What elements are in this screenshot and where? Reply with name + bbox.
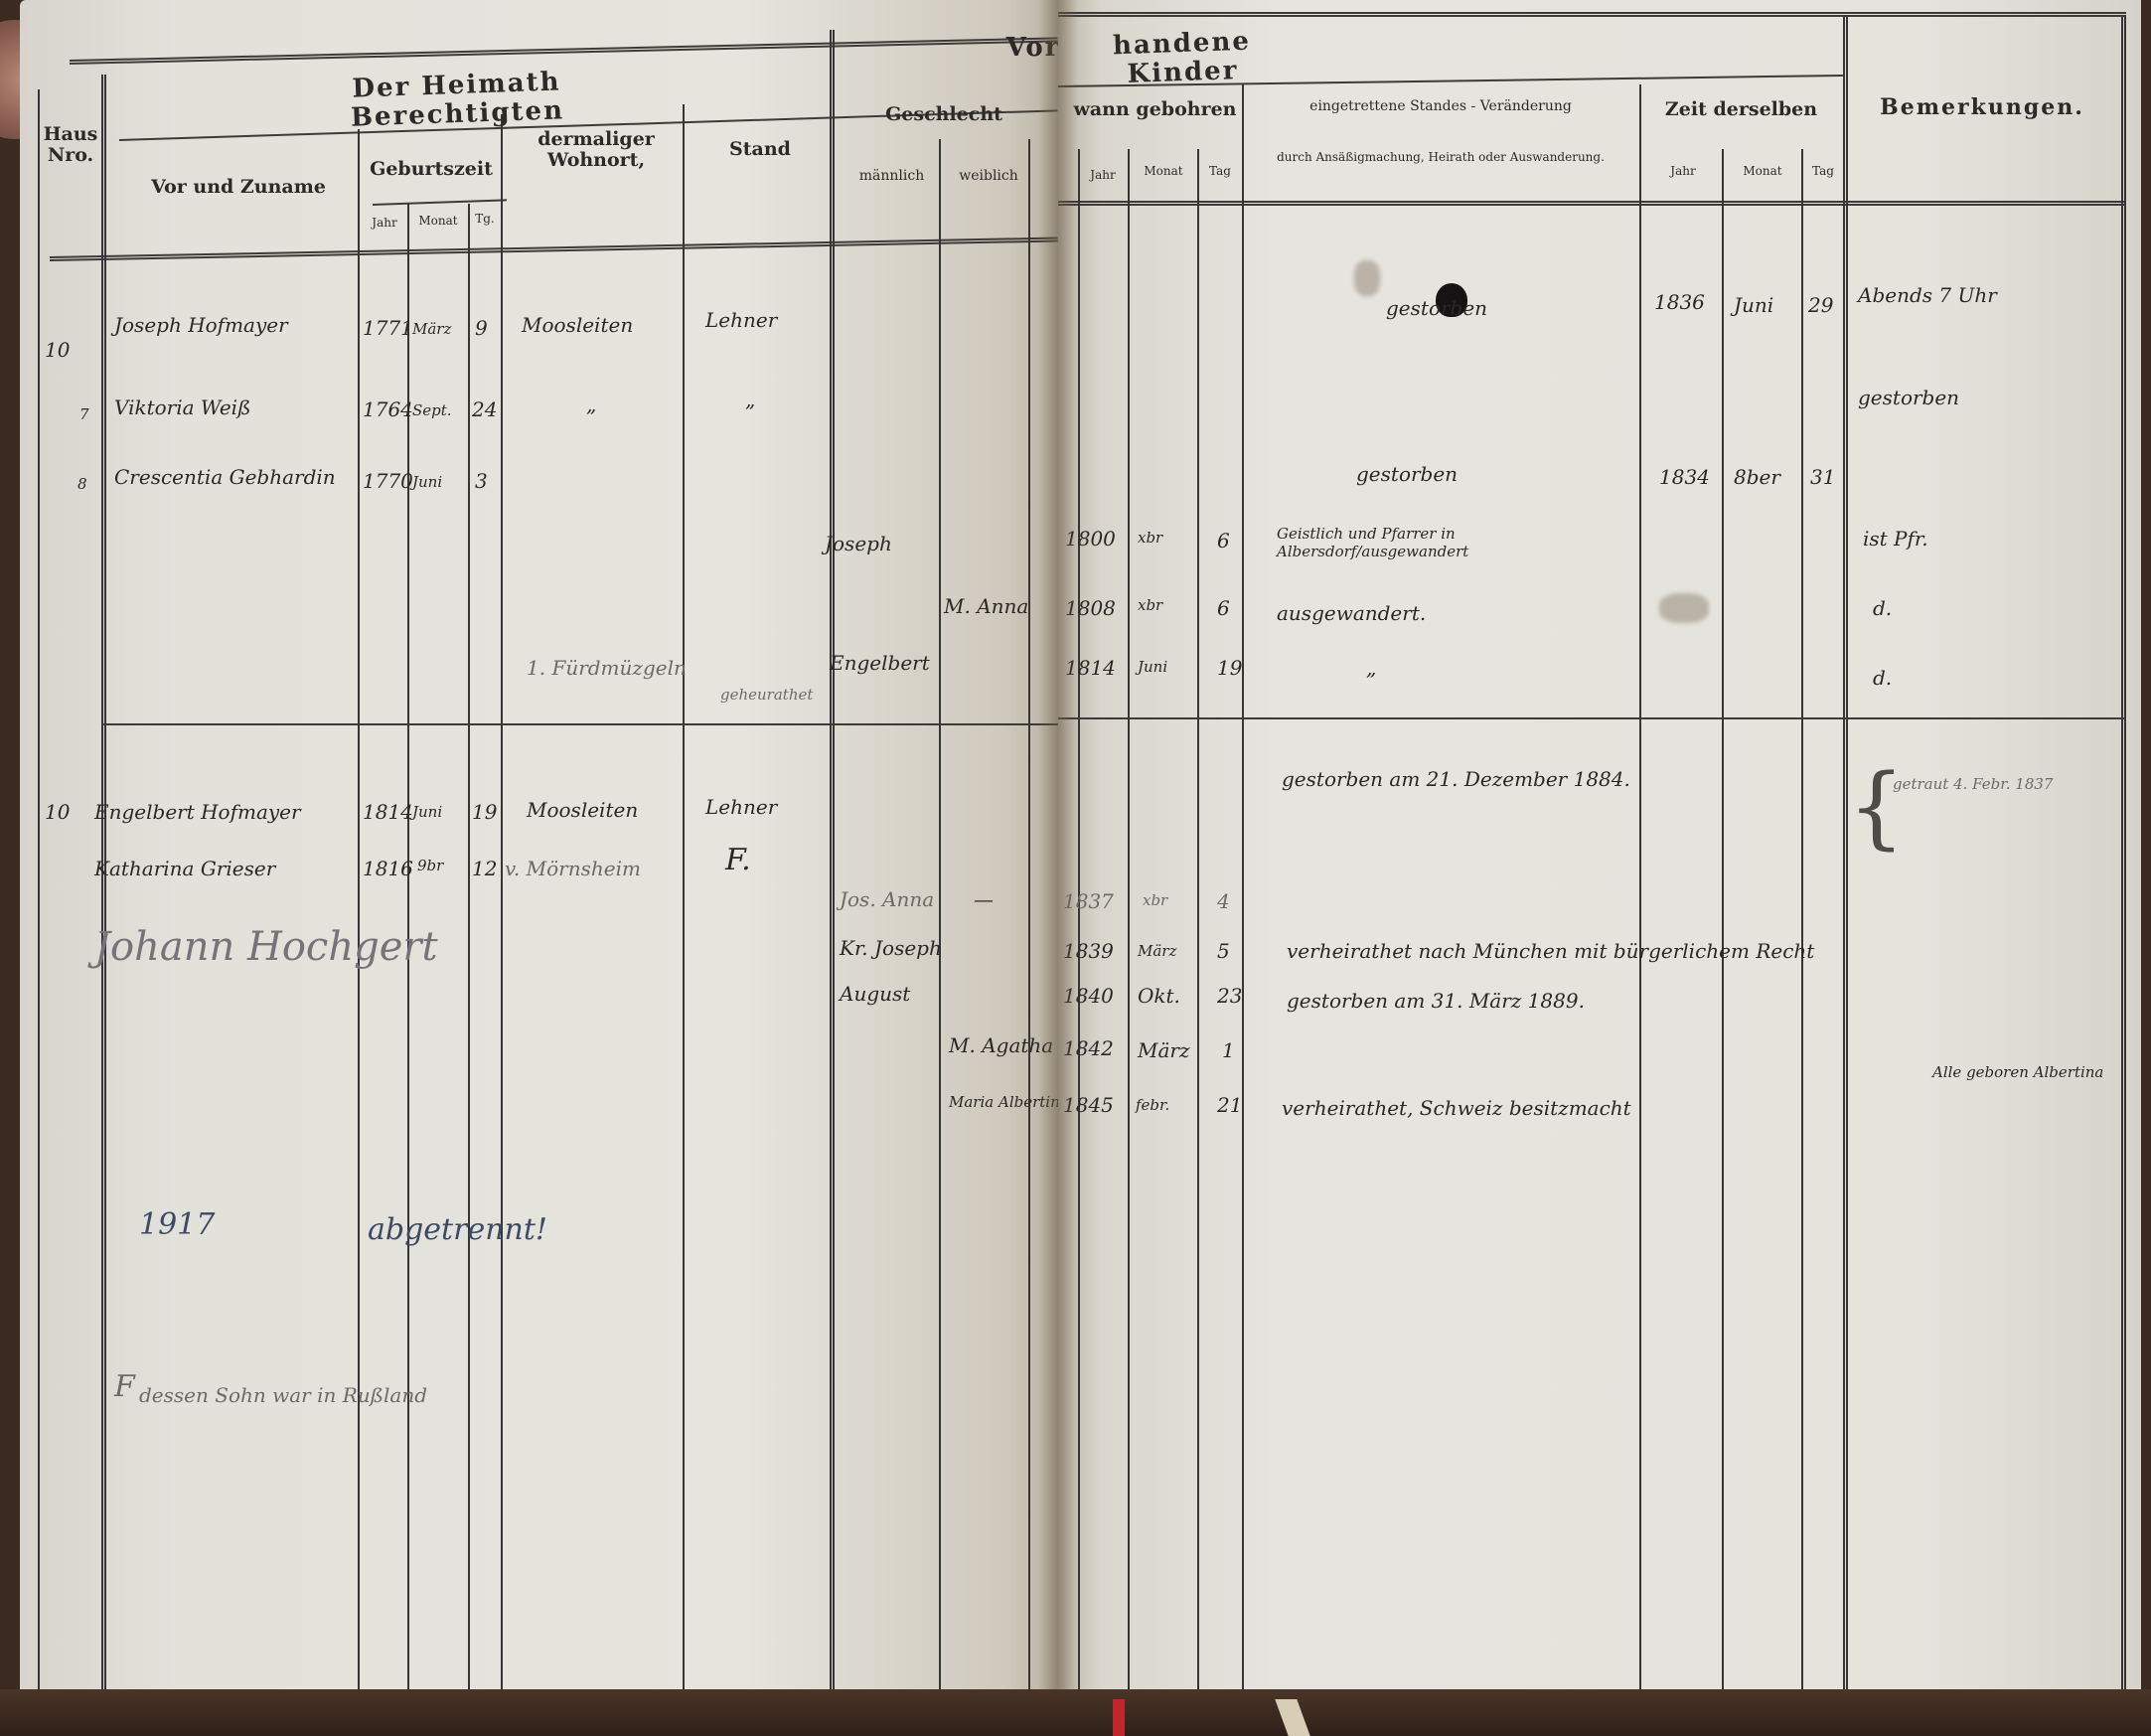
header-geb-jahr: Jahr (362, 217, 407, 230)
entry-name: Viktoria Weiß (114, 395, 250, 419)
header-weiblich: weiblich (944, 169, 1033, 184)
entry-wohnort: „ (586, 393, 596, 416)
entry-zeit-jahr: 1836 (1654, 290, 1705, 314)
child-weiblich: — (974, 887, 994, 911)
header-gebohren-tag: Tag (1199, 165, 1241, 178)
column-rule (501, 114, 503, 1689)
child-wohnort-note: 1. Fürdmüzgeln (527, 656, 687, 680)
entry-bemerkung: gestorben (1858, 386, 1959, 409)
entry-zeit-monat: Juni (1734, 293, 1773, 317)
child-tag: 23 (1217, 984, 1242, 1008)
entry-zeit-tag: 29 (1808, 293, 1833, 317)
entry-jahr: 1771 (363, 316, 413, 340)
header-zeit-tag: Tag (1803, 165, 1843, 178)
column-rule (358, 129, 360, 1689)
header-wann-gebohren: wann gebohren (1068, 99, 1242, 120)
column-rule (1028, 139, 1030, 1689)
child-maennlich: Engelbert (830, 651, 930, 675)
entry-monat: 9br (417, 857, 443, 874)
entry-tag: 9 (475, 316, 488, 340)
child-maennlich: August (840, 982, 910, 1006)
entry-zeit-monat: 8ber (1734, 465, 1780, 489)
header-zeit-jahr: Jahr (1644, 165, 1722, 178)
entry-tag: 3 (475, 469, 488, 493)
child-monat: febr. (1136, 1096, 1169, 1114)
header-gebohren-jahr: Jahr (1078, 169, 1128, 182)
entry-monat: März (412, 320, 451, 338)
header-veraenderung-sub: durch Ansäßigmachung, Heirath oder Auswa… (1267, 151, 1614, 164)
child-monat: März (1138, 942, 1176, 960)
entry-wohnort: v. Mörnsheim (505, 857, 641, 880)
ink-stain (1354, 260, 1380, 296)
entry-name: Katharina Grieser (94, 857, 275, 880)
child-veraenderung: gestorben am 31. März 1889. (1287, 989, 1585, 1013)
entry-veraenderung: gestorben am 21. Dezember 1884. (1282, 767, 1630, 791)
entry-jahr: 1770 (363, 469, 413, 493)
brace: { (1848, 755, 1905, 860)
header-zeit-monat: Monat (1724, 165, 1801, 178)
child-tag: 6 (1217, 529, 1230, 552)
entry-haus-nro: 8 (77, 475, 87, 493)
footnote-marker: F (114, 1369, 135, 1404)
child-veraenderung: verheirathet, Schweiz besitzmacht (1282, 1096, 1631, 1120)
column-rule (38, 89, 40, 1689)
header-zeit: Zeit derselben (1644, 99, 1838, 120)
child-tag: 19 (1217, 656, 1242, 680)
header-haus-nro: Haus Nro. (42, 124, 99, 166)
entry-tag: 12 (472, 857, 497, 880)
column-rule (939, 139, 941, 1689)
child-monat: xbr (1143, 891, 1167, 909)
entry-stand: Lehner (705, 308, 777, 332)
child-monat: Okt. (1138, 984, 1180, 1008)
column-rule (101, 75, 106, 1689)
child-bemerkung: d. (1873, 666, 1892, 690)
header-veraenderung: eingetrettene Standes - Veränderung (1247, 99, 1634, 114)
child-maennlich: Jos. Anna (840, 887, 934, 911)
header-geb-tag: Tg. (470, 213, 500, 226)
rule (373, 199, 507, 206)
column-rule (1242, 84, 1244, 1689)
child-monat: Juni (1138, 658, 1167, 676)
left-page: Der Heimath Berechtigten Haus Nro. Vor u… (20, 0, 1058, 1689)
bookmark-ribbon-red (1113, 1699, 1125, 1736)
header-geb-monat: Monat (409, 215, 467, 228)
entry-tag: 24 (472, 397, 497, 421)
child-monat: xbr (1138, 529, 1162, 547)
entry-zeit-tag: 31 (1810, 465, 1835, 489)
header-geschlecht: Geschlecht (845, 104, 1043, 125)
column-rule (1722, 149, 1724, 1689)
entry-veraenderung: gestorben (1386, 296, 1487, 320)
child-monat: März (1138, 1038, 1190, 1062)
footer-year: 1917 (139, 1207, 215, 1242)
child-tag: 5 (1217, 939, 1230, 963)
entry-veraenderung: gestorben (1356, 462, 1458, 486)
column-rule (1639, 84, 1641, 1689)
child-maennlich: Joseph (825, 532, 892, 555)
entry-bemerkung: getraut 4. Febr. 1837 (1893, 775, 2091, 793)
header-geburtszeit: Geburtszeit (362, 159, 501, 180)
entry-name: Engelbert Hofmayer (94, 800, 301, 824)
entry-haus-nro: 7 (79, 405, 89, 423)
entry-jahr: 1816 (363, 857, 413, 880)
entry-tag: 19 (472, 800, 497, 824)
child-veraenderung: Geistlich und Pfarrer in Albersdorf/ausg… (1277, 525, 1525, 560)
column-rule (1801, 149, 1803, 1689)
child-maennlich: Kr. Joseph (840, 936, 942, 960)
entry-wohnort: Moosleiten (527, 798, 638, 822)
entry-bemerkung: Abends 7 Uhr (1858, 283, 1997, 307)
entry-name: Crescentia Gebhardin (114, 465, 336, 489)
child-bemerkung: ist Pfr. (1863, 527, 1928, 551)
entry-separator (1058, 717, 2126, 719)
entry-jahr: 1764 (363, 397, 413, 421)
footer-note: abgetrennt! (368, 1212, 547, 1247)
entry-haus-nro: 10 (45, 338, 70, 362)
entry-monat: Sept. (412, 401, 452, 419)
stain (1659, 593, 1709, 623)
entry-haus-nro: 10 (45, 800, 70, 824)
entry-stand: „ (745, 388, 755, 411)
column-rule (1128, 149, 1130, 1689)
rule (1058, 201, 2126, 206)
column-rule (683, 104, 685, 1689)
child-weiblich: M. Anna (944, 594, 1028, 618)
header-wohnort: dermaliger Wohnort, (517, 129, 676, 171)
header-name: Vor und Zuname (119, 177, 358, 198)
entry-name: Joseph Hofmayer (114, 313, 288, 337)
entry-monat: Juni (412, 473, 442, 491)
entry-separator (101, 723, 1058, 725)
column-rule (830, 30, 835, 1689)
child-tag: 4 (1217, 889, 1230, 913)
child-monat: xbr (1138, 596, 1162, 614)
child-tag: 21 (1217, 1093, 1242, 1117)
header-stand: Stand (695, 139, 825, 160)
child-tag: 1 (1222, 1038, 1235, 1062)
entry-stand-footnote-mark: F. (725, 843, 751, 877)
child-veraenderung: ausgewandert. (1277, 601, 1426, 625)
header-bemerkungen: Bemerkungen. (1848, 95, 2116, 119)
book-gutter (1038, 0, 1078, 1689)
column-rule (1078, 149, 1080, 1689)
child-bemerkung: Alle geboren Albertina (1932, 1063, 2103, 1081)
column-rule (1197, 149, 1199, 1689)
footnote-text: dessen Sohn war in Rußland (139, 1383, 427, 1407)
header-maennlich: männlich (845, 169, 939, 184)
section-title-kinder: handene Kinder (1058, 26, 1307, 91)
header-gebohren-monat: Monat (1130, 165, 1197, 178)
rule (50, 237, 1058, 261)
entry-jahr: 1814 (363, 800, 413, 824)
child-tag: 6 (1217, 596, 1230, 620)
rule (70, 37, 1058, 65)
child-stand-note: geheurathet (720, 686, 813, 704)
rule (1058, 12, 2126, 17)
book-bottom-edge (0, 1689, 2151, 1736)
pencil-annotation: Johann Hochgert (94, 924, 438, 970)
child-bemerkung: d. (1873, 596, 1892, 620)
entry-stand: Lehner (705, 795, 777, 819)
column-rule (468, 204, 470, 1689)
right-page: handene Kinder wann gebohren Jahr Monat … (1058, 0, 2141, 1689)
entry-wohnort: Moosleiten (522, 313, 633, 337)
entry-zeit-jahr: 1834 (1659, 465, 1710, 489)
child-veraenderung: „ (1366, 656, 1376, 680)
column-rule (2121, 15, 2126, 1689)
entry-monat: Juni (412, 803, 442, 821)
child-veraenderung: verheirathet nach München mit bürgerlich… (1287, 939, 1814, 963)
